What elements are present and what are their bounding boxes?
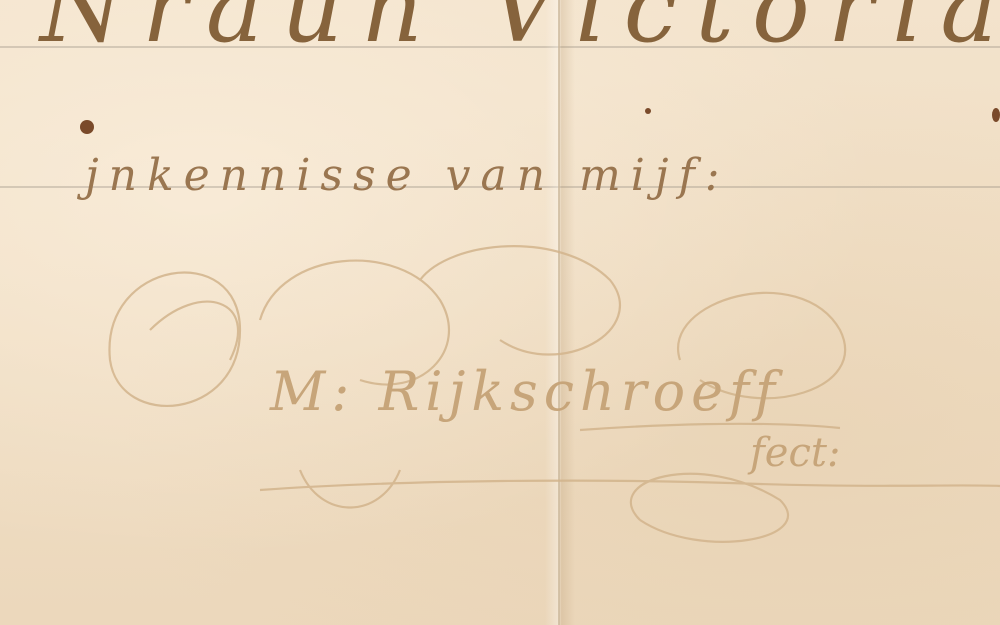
signature-suffix: fect: xyxy=(750,430,840,476)
signature: M: Rijkschroeff xyxy=(270,360,781,423)
signature-flourish xyxy=(0,0,1000,625)
